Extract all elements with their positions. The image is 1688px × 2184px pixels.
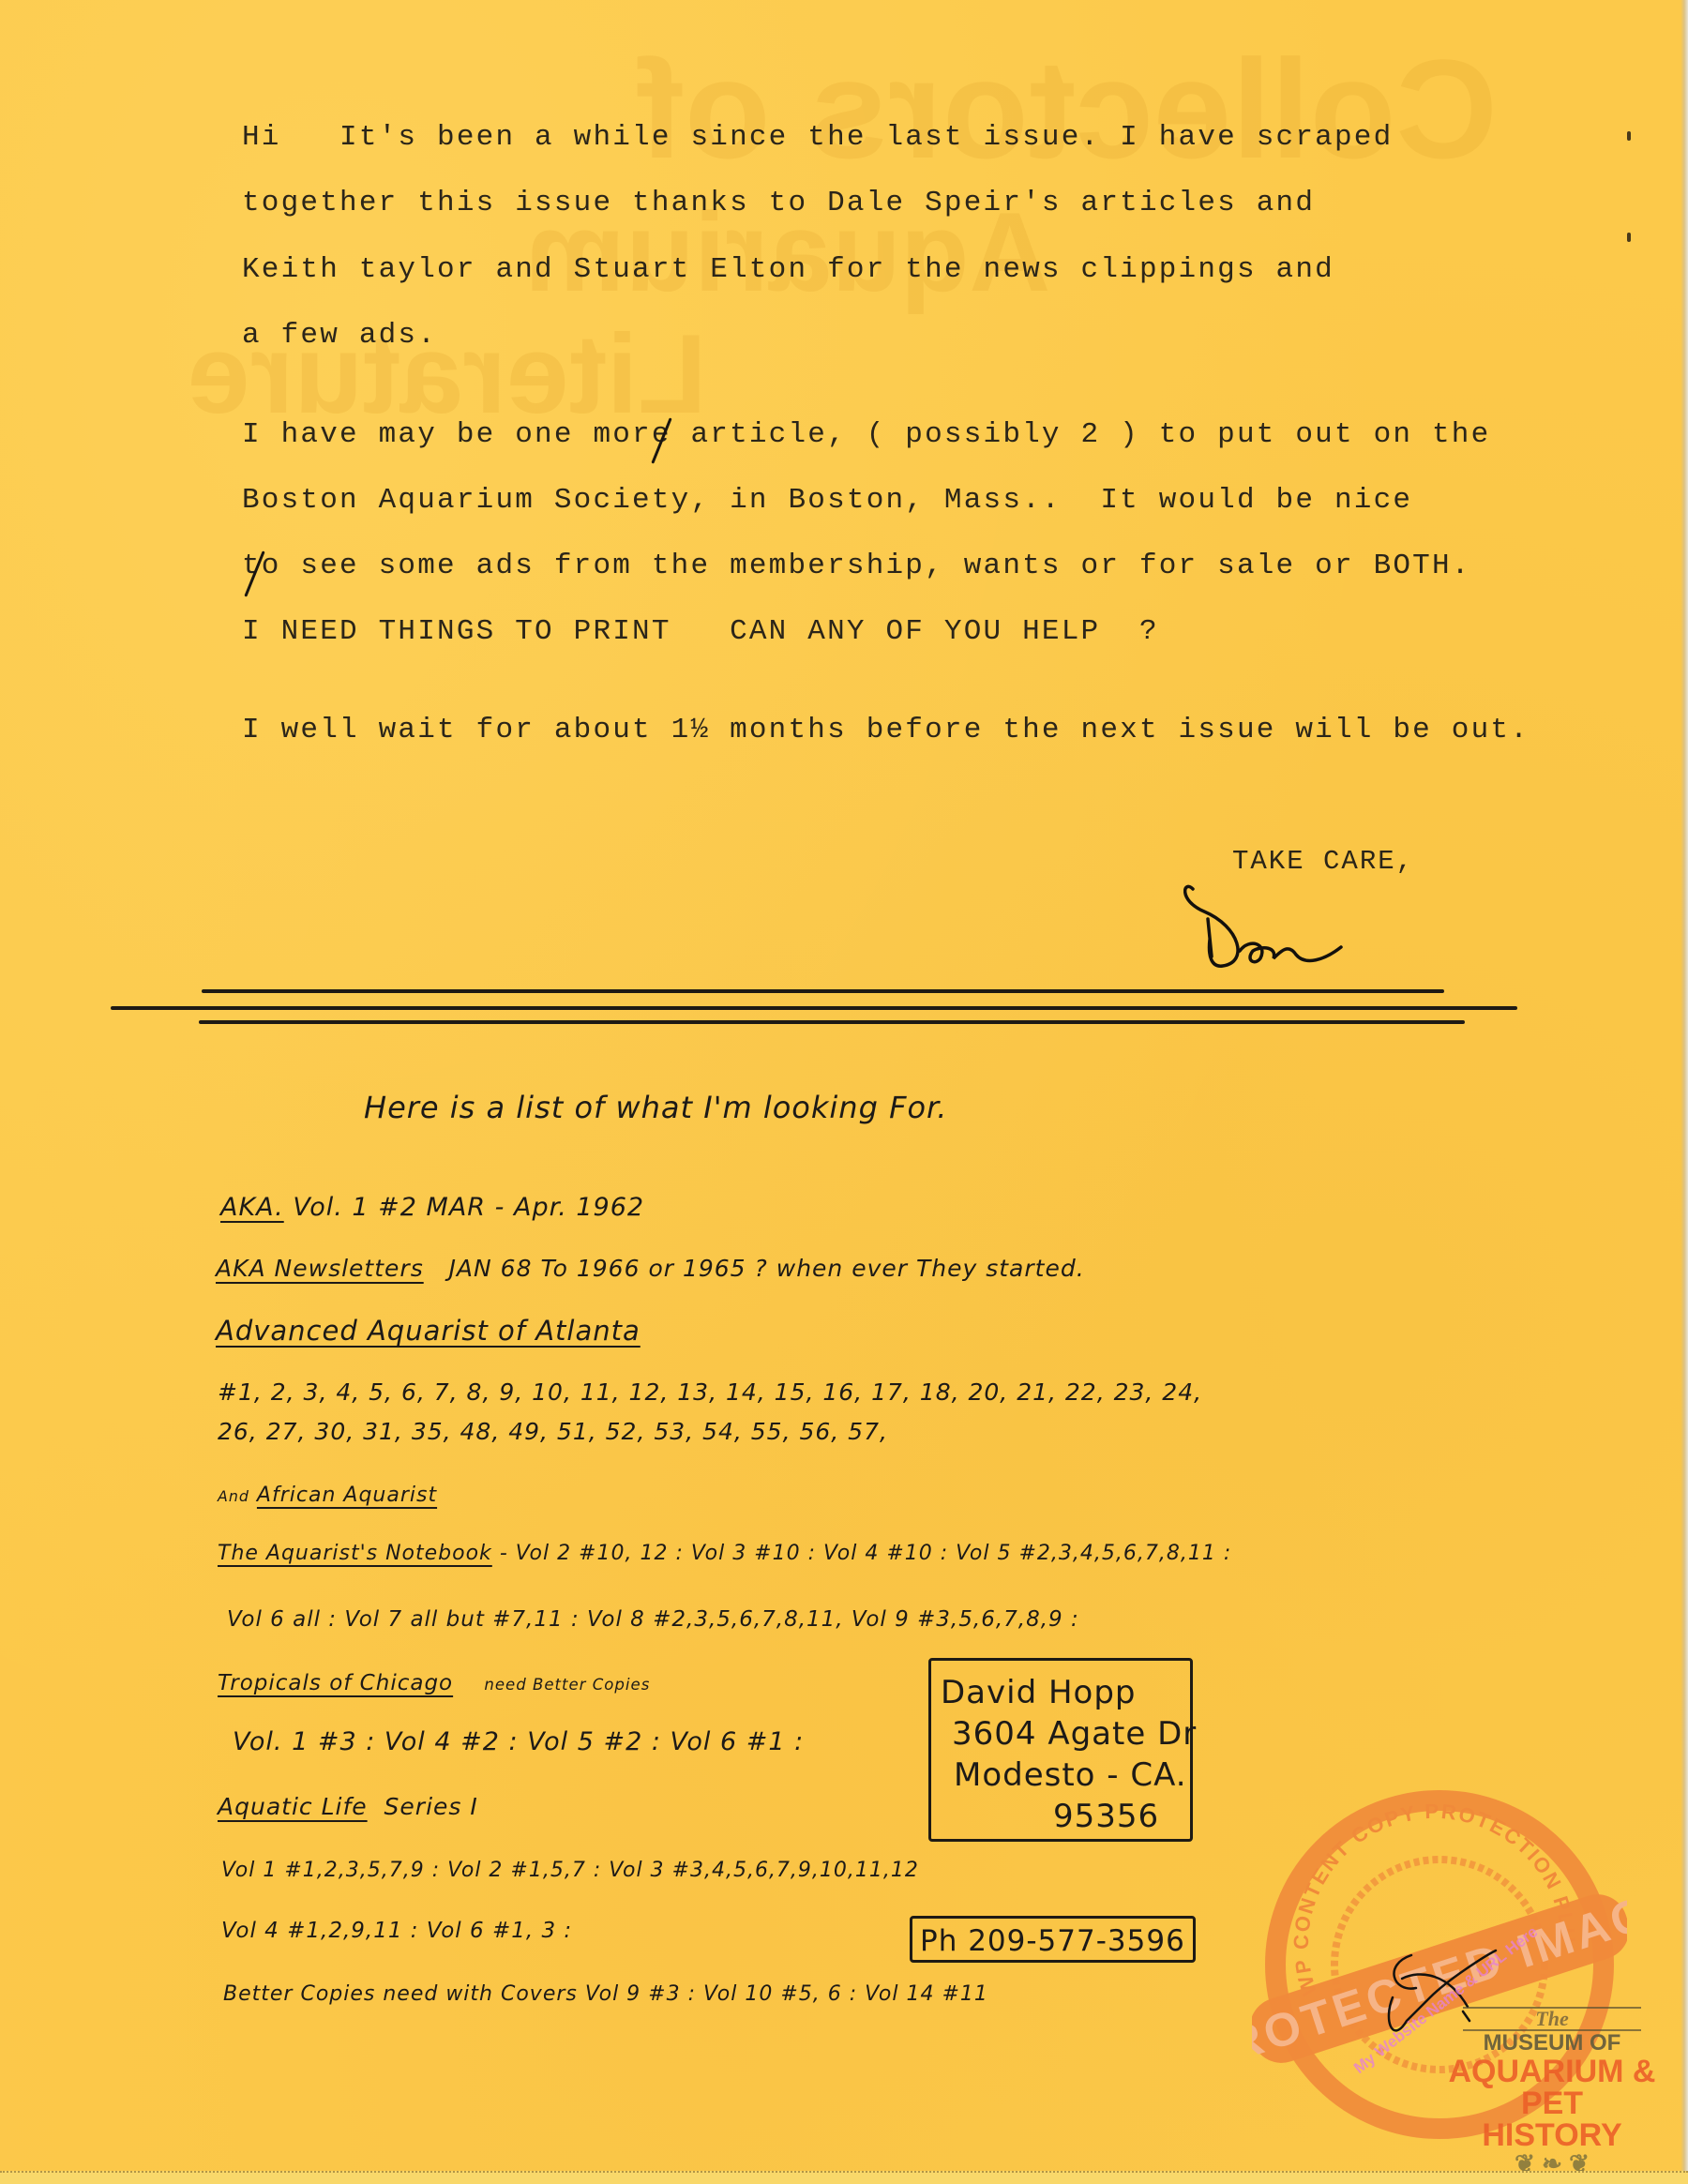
contact-street: 3604 Agate Dr — [941, 1713, 1190, 1755]
wanted-item-title: African Aquarist — [257, 1484, 437, 1507]
contact-name: David Hopp — [941, 1672, 1190, 1713]
wanted-item-title: The Aquarist's Notebook — [218, 1542, 492, 1565]
page-edge — [1680, 0, 1688, 2184]
wanted-item: And African Aquarist — [218, 1484, 437, 1507]
letter-line: I NEED THINGS TO PRINT CAN ANY OF YOU HE… — [242, 617, 1159, 646]
wanted-item-detail: - Vol 2 #10, 12 : Vol 3 #10 : Vol 4 #10 … — [500, 1542, 1231, 1565]
wanted-item-issues: Vol. 1 #3 : Vol 4 #2 : Vol 5 #2 : Vol 6 … — [233, 1727, 804, 1756]
wanted-item-issues: Vol 4 #1,2,9,11 : Vol 6 #1, 3 : — [221, 1919, 572, 1943]
divider-rule — [202, 989, 1444, 993]
wanted-item-title: AKA. — [220, 1193, 284, 1222]
wanted-item-title: Aquatic Life — [218, 1793, 368, 1820]
museum-logo-the: The — [1463, 2007, 1641, 2031]
contact-city: Modesto - CA. — [941, 1755, 1190, 1796]
wanted-item: AKA Newsletters JAN 68 To 1966 or 1965 ?… — [216, 1255, 1085, 1282]
divider-rule — [199, 1020, 1465, 1024]
letter-line: I well wait for about 1½ months before t… — [242, 715, 1530, 745]
wanted-item-issues: Vol 1 #1,2,3,5,7,9 : Vol 2 #1,5,7 : Vol … — [221, 1859, 919, 1882]
wanted-item: Advanced Aquarist of Atlanta — [216, 1315, 641, 1347]
wanted-item: Aquatic Life Series I — [218, 1793, 478, 1820]
letter-line: I have may be one more article, ( possib… — [242, 420, 1490, 449]
museum-logo-line3: HISTORY — [1425, 2119, 1679, 2151]
wanted-item-issues: Vol 6 all : Vol 7 all but #7,11 : Vol 8 … — [227, 1607, 1079, 1632]
wanted-item: Tropicals of Chicago need Better Copies — [218, 1671, 650, 1695]
wanted-list-heading: Here is a list of what I'm looking For. — [364, 1090, 947, 1125]
letter-line: to see some ads from the membership, wan… — [242, 551, 1471, 580]
closing: TAKE CARE, — [1232, 846, 1414, 877]
wanted-item-detail: Vol. 1 #2 MAR - Apr. 1962 — [293, 1193, 644, 1222]
letter-line: Boston Aquarium Society, in Boston, Mass… — [242, 486, 1412, 515]
paper-speck — [1627, 131, 1631, 141]
contact-zip: 95356 — [941, 1796, 1190, 1837]
wanted-item-issues: Better Copies need with Covers Vol 9 #3 … — [223, 1982, 988, 2006]
address-box: David Hopp 3604 Agate Dr Modesto - CA. 9… — [928, 1658, 1193, 1842]
signature-icon — [1183, 881, 1465, 975]
wanted-item-detail: JAN 68 To 1966 or 1965 ? when ever They … — [449, 1255, 1085, 1282]
wanted-item-title: AKA Newsletters — [216, 1255, 424, 1282]
wanted-item-detail: Series I — [384, 1793, 478, 1820]
wanted-item-note: need Better Copies — [484, 1676, 650, 1694]
museum-logo: The MUSEUM OF AQUARIUM & PET HISTORY ❦ ❧… — [1425, 2007, 1679, 2176]
wanted-item-title: Advanced Aquarist of Atlanta — [216, 1315, 641, 1347]
bleed-through-title-1: Collectors of — [638, 28, 1498, 190]
letter-line: Hi It's been a while since the last issu… — [242, 123, 1393, 152]
letter-line: together this issue thanks to Dale Speir… — [242, 188, 1315, 218]
phone-box: Ph 209-577-3596 — [910, 1916, 1196, 1963]
wanted-item: The Aquarist's Notebook - Vol 2 #10, 12 … — [218, 1542, 1231, 1565]
museum-logo-line1: MUSEUM OF — [1425, 2031, 1679, 2056]
divider-rule — [111, 1006, 1517, 1010]
contact-phone: Ph 209-577-3596 — [920, 1922, 1193, 1960]
page-bottom-edge — [0, 2171, 1688, 2184]
paper-speck — [1627, 233, 1631, 242]
wanted-item-title: Tropicals of Chicago — [218, 1671, 453, 1695]
wanted-item: AKA. Vol. 1 #2 MAR - Apr. 1962 — [220, 1193, 644, 1222]
wanted-item-prefix: And — [218, 1487, 249, 1505]
wanted-item-issues: 26, 27, 30, 31, 35, 48, 49, 51, 52, 53, … — [218, 1418, 888, 1445]
letter-line: a few ads. — [242, 321, 437, 350]
wanted-item-issues: #1, 2, 3, 4, 5, 6, 7, 8, 9, 10, 11, 12, … — [218, 1378, 1202, 1406]
museum-logo-line2: AQUARIUM & PET — [1425, 2056, 1679, 2119]
letter-line: Keith taylor and Stuart Elton for the ne… — [242, 255, 1334, 284]
